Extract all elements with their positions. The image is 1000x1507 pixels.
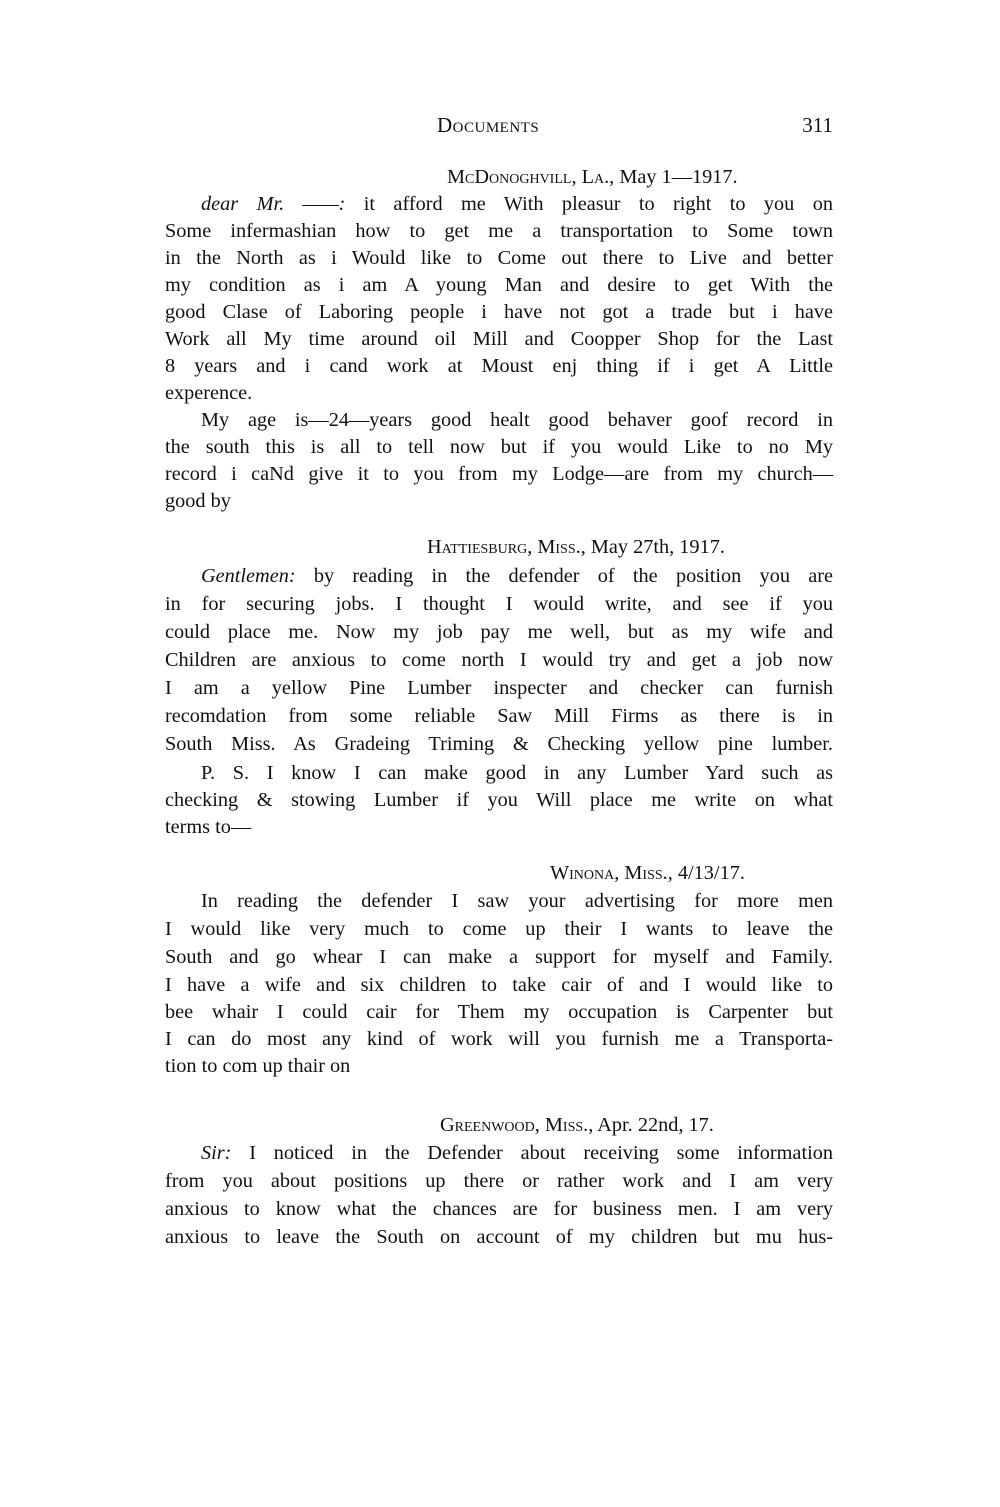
dateline-winona: Winona, Miss., 4/13/17. [550, 860, 745, 887]
dateline-place: Hattiesburg [427, 536, 527, 558]
salutation: Sir: [201, 1142, 231, 1164]
running-head: Documents 311 [165, 113, 833, 141]
letter-line: dear Mr. ——: it afford me With pleasur t… [201, 191, 833, 218]
running-head-title: Documents [437, 113, 539, 138]
dateline-state: Miss. [537, 536, 580, 558]
letter-line: I would like very much to come up their … [165, 916, 833, 943]
letter-line: Gentlemen: by reading in the defender of… [201, 563, 833, 590]
letter-line: good Clase of Laboring people i have not… [165, 299, 833, 326]
letter-line: In reading the defender I saw your adver… [201, 888, 833, 915]
dateline-hattiesburg: Hattiesburg, Miss., May 27th, 1917. [427, 534, 725, 561]
letter-line: bee whair I could cair for Them my occup… [165, 999, 833, 1026]
salutation: dear Mr. ——: [201, 193, 345, 215]
dateline-place: Greenwood [440, 1114, 535, 1136]
letter-line: checking & stowing Lumber if you Will pl… [165, 787, 833, 814]
letter-line: in the North as i Would like to Come out… [165, 245, 833, 272]
letter-line: from you about positions up there or rat… [165, 1168, 833, 1195]
letter-line: Children are anxious to come north I wou… [165, 647, 833, 674]
dateline-place: Winona [550, 862, 614, 884]
letter-line: experence. [165, 380, 833, 407]
letter-line: 8 years and i cand work at Moust enj thi… [165, 353, 833, 380]
letter-line: anxious to know what the chances are for… [165, 1196, 833, 1223]
letter-line: anxious to leave the South on account of… [165, 1224, 833, 1251]
document-page: Documents 311 McDonoghvill, La., May 1—1… [0, 0, 1000, 1507]
dateline-state: La. [582, 166, 610, 188]
letter-line: I can do most any kind of work will you … [165, 1026, 833, 1053]
letter-line: terms to— [165, 814, 833, 841]
dateline-place: McDonoghvill [447, 166, 571, 188]
letter-line: South Miss. As Gradeing Triming & Checki… [165, 731, 833, 758]
letter-line: My age is—24—years good healt good behav… [201, 407, 833, 434]
dateline-date: May 27th, 1917. [591, 536, 725, 558]
letter-line: Sir: I noticed in the Defender about rec… [201, 1140, 833, 1167]
letter-line: could place me. Now my job pay me well, … [165, 619, 833, 646]
dateline-date: 4/13/17. [678, 862, 745, 884]
dateline-state: Miss. [545, 1114, 588, 1136]
letter-line: tion to com up thair on [165, 1053, 833, 1080]
letter-line: in for securing jobs. I thought I would … [165, 591, 833, 618]
letter-line: my condition as i am A young Man and des… [165, 272, 833, 299]
letter-line: South and go whear I can make a support … [165, 944, 833, 971]
letter-line: I am a yellow Pine Lumber inspecter and … [165, 675, 833, 702]
salutation: Gentlemen: [201, 565, 296, 587]
letter-line: Some infermashian how to get me a transp… [165, 218, 833, 245]
letter-line: recomdation from some reliable Saw Mill … [165, 703, 833, 730]
dateline-mcdonoghvill: McDonoghvill, La., May 1—1917. [447, 164, 738, 191]
dateline-greenwood: Greenwood, Miss., Apr. 22nd, 17. [440, 1112, 714, 1139]
letter-line: record i caNd give it to you from my Lod… [165, 461, 833, 488]
letter-line: the south this is all to tell now but if… [165, 434, 833, 461]
letter-line: P. S. I know I can make good in any Lumb… [201, 760, 833, 787]
letter-line: I have a wife and six children to take c… [165, 972, 833, 999]
letter-line: good by [165, 488, 833, 515]
dateline-date: May 1—1917. [619, 166, 737, 188]
letter-line: Work all My time around oil Mill and Coo… [165, 326, 833, 353]
dateline-state: Miss. [624, 862, 667, 884]
dateline-date: Apr. 22nd, 17. [597, 1114, 714, 1136]
page-number: 311 [802, 113, 833, 138]
